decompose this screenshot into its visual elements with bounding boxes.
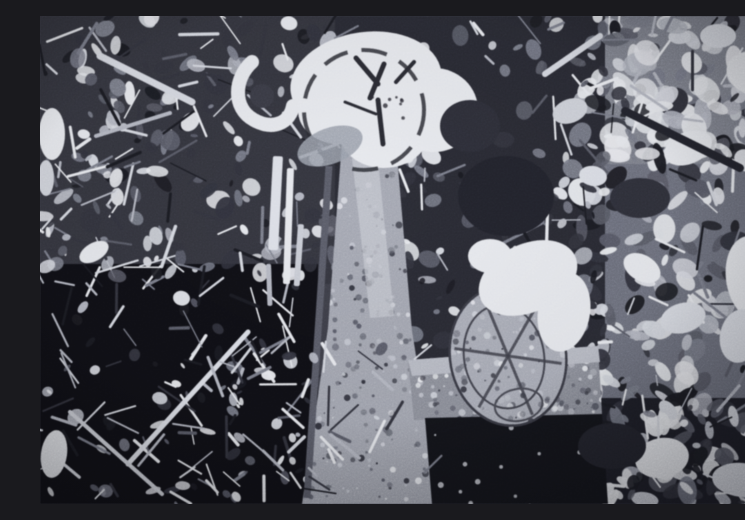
film-grain-overlay [40,16,745,504]
photo-svg [40,16,745,504]
photo-stone-cross [40,16,745,504]
